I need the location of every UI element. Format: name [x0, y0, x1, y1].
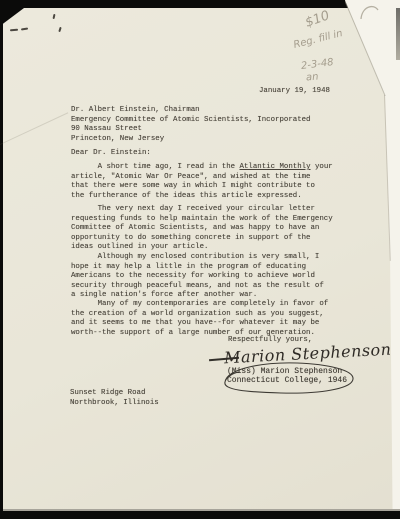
scan-border-top: [0, 0, 345, 8]
scan-border-left: [0, 0, 3, 519]
sender-address: Sunset Ridge Road Northbrook, Illinois: [70, 389, 159, 408]
recipient-address: Dr. Albert Einstein, Chairman Emergency …: [71, 106, 311, 144]
paragraph-2: The very next day I received your circul…: [71, 205, 333, 253]
paragraph-1-text: A short time ago, I read in the: [71, 163, 240, 171]
pencil-initials-annotation: an: [306, 71, 319, 83]
paragraph-4: Many of my contemporaries are completely…: [71, 300, 328, 338]
letter-date: January 19, 1948: [259, 87, 330, 97]
page-curl-mark: [358, 1, 382, 23]
signer-typed-name: (Miss) Marion Stephenson Connecticut Col…: [227, 367, 347, 386]
scan-edge-right: [396, 8, 400, 60]
paragraph-1-text: your: [311, 163, 333, 171]
letter-scan: $10 Reg. fill in 2-3-48 an January 19, 1…: [0, 0, 400, 519]
paragraph-3: Although my enclosed contribution is ver…: [71, 253, 324, 301]
scan-border-bottom: [0, 511, 400, 519]
paragraph-1: A short time ago, I read in the Atlantic…: [71, 163, 333, 201]
paragraph-1-text: article, "Atomic War Or Peace", and wish…: [71, 173, 333, 202]
underlined-publication-title: Atlantic Monthly: [240, 163, 311, 171]
salutation: Dear Dr. Einstein:: [71, 149, 151, 159]
